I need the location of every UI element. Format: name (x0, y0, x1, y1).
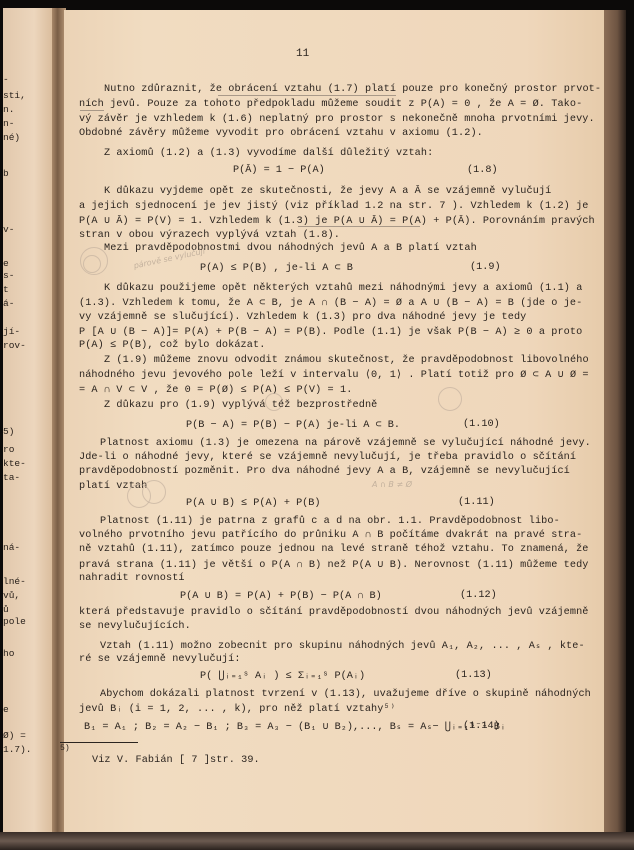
footnote-marker: 5) (60, 744, 70, 753)
text-line: Z (1.9) můžeme znovu odvodit známou skut… (104, 355, 589, 366)
equation-number: (1.13) (455, 670, 492, 681)
left-fragment: e (3, 704, 9, 715)
text-line: Vztah (1.11) možno zobecnit pro skupinu … (100, 640, 585, 652)
left-fragment: t (3, 284, 9, 295)
equation-number: (1.10) (463, 419, 500, 430)
text-line: pravá strana (1.11) je větší o P(A ∩ B) … (79, 559, 589, 571)
left-fragment: rov- (3, 340, 26, 351)
left-fragment: kte- (3, 458, 26, 469)
left-fragment: b (3, 168, 9, 179)
text-line: Abychom dokázali platnost tvrzení v (1.1… (100, 689, 591, 700)
text-line: ních jevů. Pouze za tohoto předpokladu m… (79, 99, 582, 110)
left-fragment: ta- (3, 472, 20, 483)
text-line: ně vztahů (1.11), zatímco pouze jednou n… (79, 544, 589, 555)
text-line: (1.3). Vzhledem k tomu, že A ⊂ B, je A ∩… (79, 297, 582, 309)
pencil-venn-sketch (80, 247, 108, 275)
left-fragment: - (3, 74, 9, 85)
left-fragment: á- (3, 298, 14, 309)
left-fragment: sti, (3, 90, 26, 101)
text-line: vy vzájemně se slučující). Vzhledem k (1… (79, 312, 526, 323)
page-edge-right (604, 10, 626, 840)
left-fragment: ro (3, 444, 14, 455)
text-line: ré se vzájemně nevylučují: (79, 654, 241, 665)
left-fragment: né) (3, 132, 20, 143)
text-line: Mezi pravděpodobnostmi dvou náhodných je… (104, 243, 477, 254)
equation-number: (1.11) (458, 497, 495, 508)
left-fragment: s- (3, 270, 14, 281)
pencil-venn-sketch (438, 387, 462, 411)
text-line: Jde-li o náhodné jevy, které se vzájemně… (79, 452, 576, 463)
text-line: pravděpodobností pozměnit. Pro dva náhod… (79, 466, 570, 477)
equation: P(A) ≤ P(B) , je-li A ⊂ B (200, 262, 353, 274)
text-line: stran v obou výrazech vyplývá vztah (1.8… (79, 230, 340, 241)
text-line: se nevylučujících. (79, 621, 191, 632)
equation: B₁ = A₁ ; B₂ = A₂ − B₁ ; B₃ = A₃ − (B₁ ∪… (84, 721, 506, 733)
left-fragment: 1.7). (3, 744, 32, 755)
text-line: Platnost (1.11) je patrna z grafů c a d … (100, 516, 560, 527)
text-line: Platnost axiomu (1.3) je omezena na páro… (100, 438, 591, 449)
left-fragment: ná- (3, 542, 20, 553)
text-line: Obdobné závěry můžeme vyvodit pro obráce… (79, 128, 483, 139)
footnote-rule (60, 742, 138, 743)
text-line: jevů Bᵢ (i = 1, 2, ... , k), pro něž pla… (79, 703, 396, 715)
text-line: Z důkazu pro (1.9) vyplývá též bezprostř… (104, 400, 377, 411)
pencil-underline (218, 95, 396, 96)
left-fragment: e (3, 258, 9, 269)
equation-number: (1.8) (467, 165, 498, 176)
text-line: Z axiomů (1.2) a (1.3) vyvodíme další dů… (104, 148, 433, 159)
left-fragment: Ø) = (3, 730, 26, 741)
text-line: = A ∩ V ⊂ V , že 0 = P(Ø) ≤ P(A) ≤ P(V) … (79, 384, 352, 396)
equation: P(B − A) = P(B) − P(A) je-li A ⊂ B. (186, 419, 400, 431)
left-fragment: ho (3, 648, 14, 659)
pencil-venn-sketch (142, 480, 166, 504)
footnote-text: Viz V. Fabián [ 7 ]str. 39. (92, 755, 260, 766)
equation-number: (1.14) (463, 721, 500, 732)
text-line: náhodného jevu jevového pole leží v inte… (79, 369, 589, 381)
left-fragment: jí- (3, 326, 20, 337)
text-line: K důkazu použijeme opět některých vztahů… (104, 283, 582, 294)
page-number: 11 (296, 48, 309, 60)
left-fragment: pole (3, 616, 26, 627)
left-fragment: vů, (3, 590, 20, 601)
text-line: a jejich sjednocení je jev jistý (viz př… (79, 201, 589, 212)
text-line: vý závěr je vzhledem k (1.6) neplatný pr… (79, 114, 595, 125)
text-line: nahradit rovností (79, 573, 185, 584)
left-fragment: n- (3, 118, 14, 129)
left-fragment: n. (3, 104, 14, 115)
left-fragment: lné- (3, 576, 26, 587)
text-line: P [A ∪ (B − A)]= P(A) + P(B − A) = P(B).… (79, 326, 582, 338)
equation: P(A ∪ B) ≤ P(A) + P(B) (186, 497, 321, 509)
text-line: Nutno zdůraznit, že obrácení vztahu (1.7… (104, 84, 601, 95)
left-fragment: 5) (3, 426, 14, 437)
left-fragment: v- (3, 224, 14, 235)
equation-number: (1.12) (460, 590, 497, 601)
equation: P(Ā) = 1 − P(A) (233, 165, 325, 176)
facing-page-edge: - sti, n. n- né) b v- e s- t á- jí- rov-… (3, 8, 55, 838)
left-fragment: ů (3, 604, 9, 615)
text-line: která představuje pravidlo o sčítání pra… (79, 607, 589, 618)
pencil-underline (80, 110, 104, 111)
text-line: volného prvotního jevu patřícího do průn… (79, 530, 582, 541)
equation: P(A ∪ B) = P(A) + P(B) − P(A ∩ B) (180, 590, 382, 602)
equation-number: (1.9) (470, 262, 501, 273)
pencil-underline (298, 226, 420, 227)
pencil-note: A ∩ B ≠ Ø (372, 480, 412, 489)
text-line: K důkazu vyjdeme opět ze skutečnosti, že… (104, 186, 551, 197)
equation: P( ⋃ᵢ₌₁ˢ Aᵢ ) ≤ Σᵢ₌₁ˢ P(Aᵢ) (200, 670, 365, 682)
text-line: P(A) ≤ P(B), což bylo dokázat. (79, 340, 265, 351)
page-edge-bottom (0, 832, 634, 850)
